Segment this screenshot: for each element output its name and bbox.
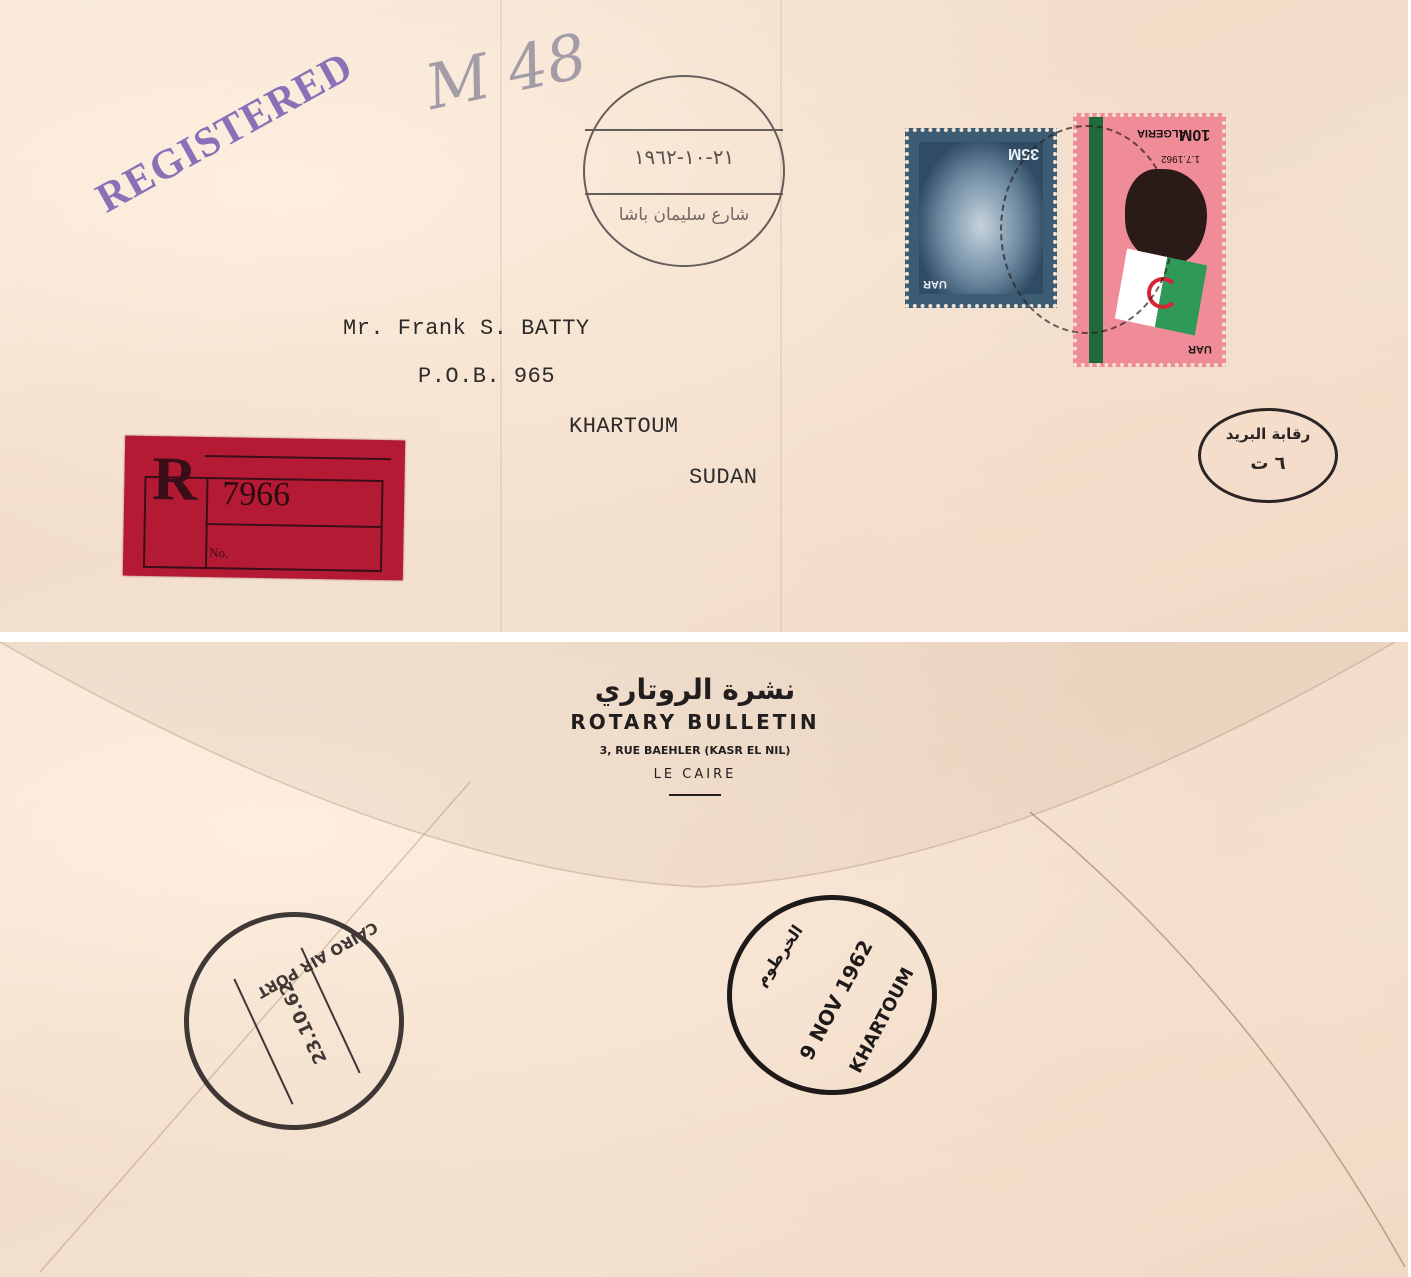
sender-title: ROTARY BULLETIN [500, 710, 890, 734]
khartoum-postmark: الخرطوم 9 NOV 1962 KHARTOUM [727, 895, 937, 1095]
censor-text: رقابة البريد [1201, 425, 1335, 443]
stamp-date: 1.7.1962 [1161, 153, 1200, 164]
address-line-name: Mr. Frank S. BATTY [343, 316, 590, 341]
cancel-date: ٢١-١٠-١٩٦٢ [585, 145, 783, 169]
envelope-front: REGISTERED M 48 ٢١-١٠-١٩٦٢ شارع سليمان ب… [0, 0, 1408, 632]
censor-oval-stamp: رقابة البريد ٦ ت [1198, 408, 1338, 503]
stamp-cancel-ring [1000, 125, 1174, 334]
stamp-country: ALGERIA [1137, 127, 1187, 139]
cairo-airport-postmark: CAIRO AIR PORT 23.10.62 [184, 912, 404, 1130]
address-line-country: SUDAN [689, 465, 758, 490]
registration-letter: R [152, 444, 198, 516]
registration-number: 7966 [222, 475, 291, 514]
handwritten-note: M 48 [419, 19, 593, 124]
fold-crease [780, 0, 782, 632]
stamp-issuer: UAR [1188, 343, 1212, 355]
cancel-office: شارع سليمان باشا [585, 205, 783, 225]
censor-number: ٦ ت [1201, 453, 1335, 474]
sender-address: 3, RUE BAEHLER (KASR EL NIL) [500, 744, 890, 757]
address-line-city: KHARTOUM [569, 414, 679, 439]
postmark-arabic: الخرطوم [751, 921, 807, 989]
stamp-country: UAR [923, 278, 947, 290]
sender-city: LE CAIRE [500, 767, 890, 782]
sender-arabic-name: نشرة الروتاري [500, 672, 890, 708]
registration-no-label: No. [209, 545, 228, 561]
cairo-dated-cancel: ٢١-١٠-١٩٦٢ شارع سليمان باشا [583, 75, 785, 267]
envelope-back: نشرة الروتاري ROTARY BULLETIN 3, RUE BAE… [0, 642, 1408, 1277]
address-line-pob: P.O.B. 965 [418, 364, 555, 389]
letterhead-rule [669, 794, 721, 796]
registration-label: R 7966 No. [123, 436, 405, 581]
registered-handstamp: REGISTERED [88, 43, 361, 223]
sender-letterhead: نشرة الروتاري ROTARY BULLETIN 3, RUE BAE… [500, 672, 890, 796]
